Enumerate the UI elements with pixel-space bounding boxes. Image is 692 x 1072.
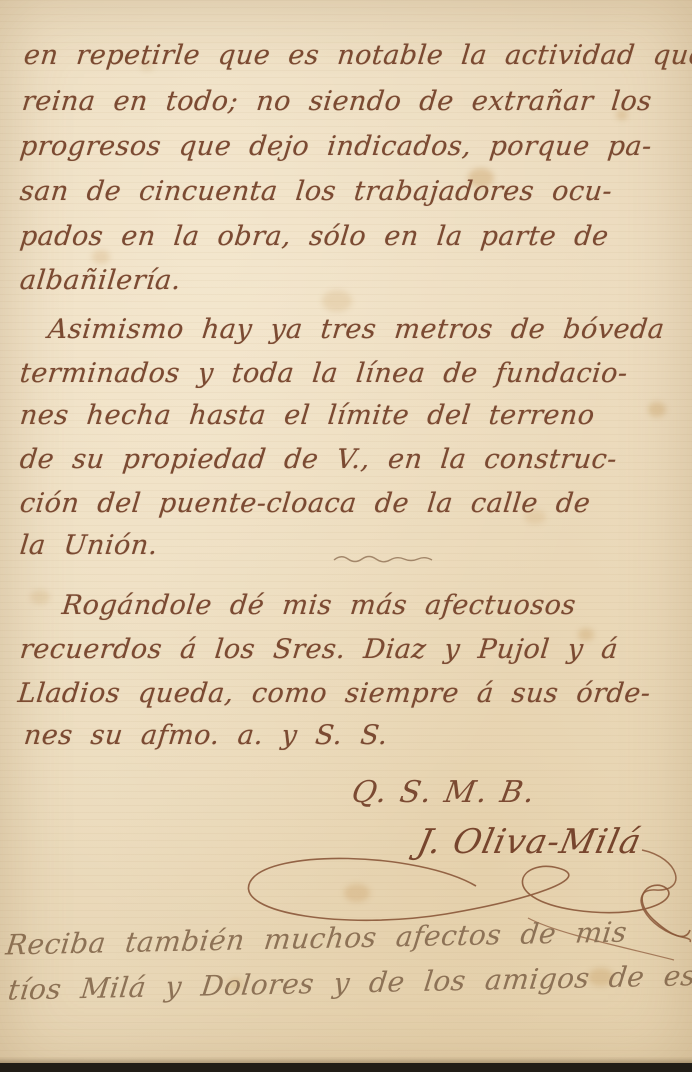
letter-line: Asimismo hay ya tres metros de bóveda	[46, 314, 666, 345]
letter-line: nes su afmo. a. y S. S.	[22, 720, 389, 751]
scan-edge	[0, 1063, 692, 1072]
letter-line: san de cincuenta los trabajadores ocu-	[18, 176, 613, 207]
letter-page: en repetirle que es notable la actividad…	[0, 0, 692, 1072]
letter-line: reina en todo; no siendo de extrañar los	[20, 86, 653, 117]
letter-line: recuerdos á los Sres. Diaz y Pujol y á	[18, 634, 619, 665]
closing-formula: Q. S. M. B.	[349, 775, 539, 810]
letter-line: terminados y toda la línea de fundacio-	[18, 358, 629, 389]
postscript-line: tíos Milá y Dolores y de los amigos de e…	[6, 958, 692, 1006]
letter-line: nes hecha hasta el límite del terreno	[18, 400, 596, 431]
letter-line: ción del puente-cloaca de la calle de	[18, 488, 592, 519]
letter-line: Rogándole dé mis más afectuosos	[60, 590, 577, 621]
foxing-spot	[30, 590, 50, 604]
letter-line: pados en la obra, sólo en la parte de	[18, 221, 610, 252]
letter-line: en repetirle que es notable la actividad…	[22, 40, 692, 71]
letter-line: la Unión.	[18, 530, 159, 561]
letter-line: progresos que dejo indicados, porque pa-	[18, 131, 653, 162]
divider-squiggle-icon	[332, 552, 442, 566]
letter-line: Lladios queda, como siempre á sus órde-	[16, 678, 652, 709]
foxing-spot	[322, 290, 352, 312]
foxing-spot	[648, 402, 666, 417]
letter-line: de su propiedad de V., en la construc-	[18, 444, 618, 475]
letter-line: albañilería.	[18, 265, 182, 296]
foxing-spot	[92, 250, 110, 264]
